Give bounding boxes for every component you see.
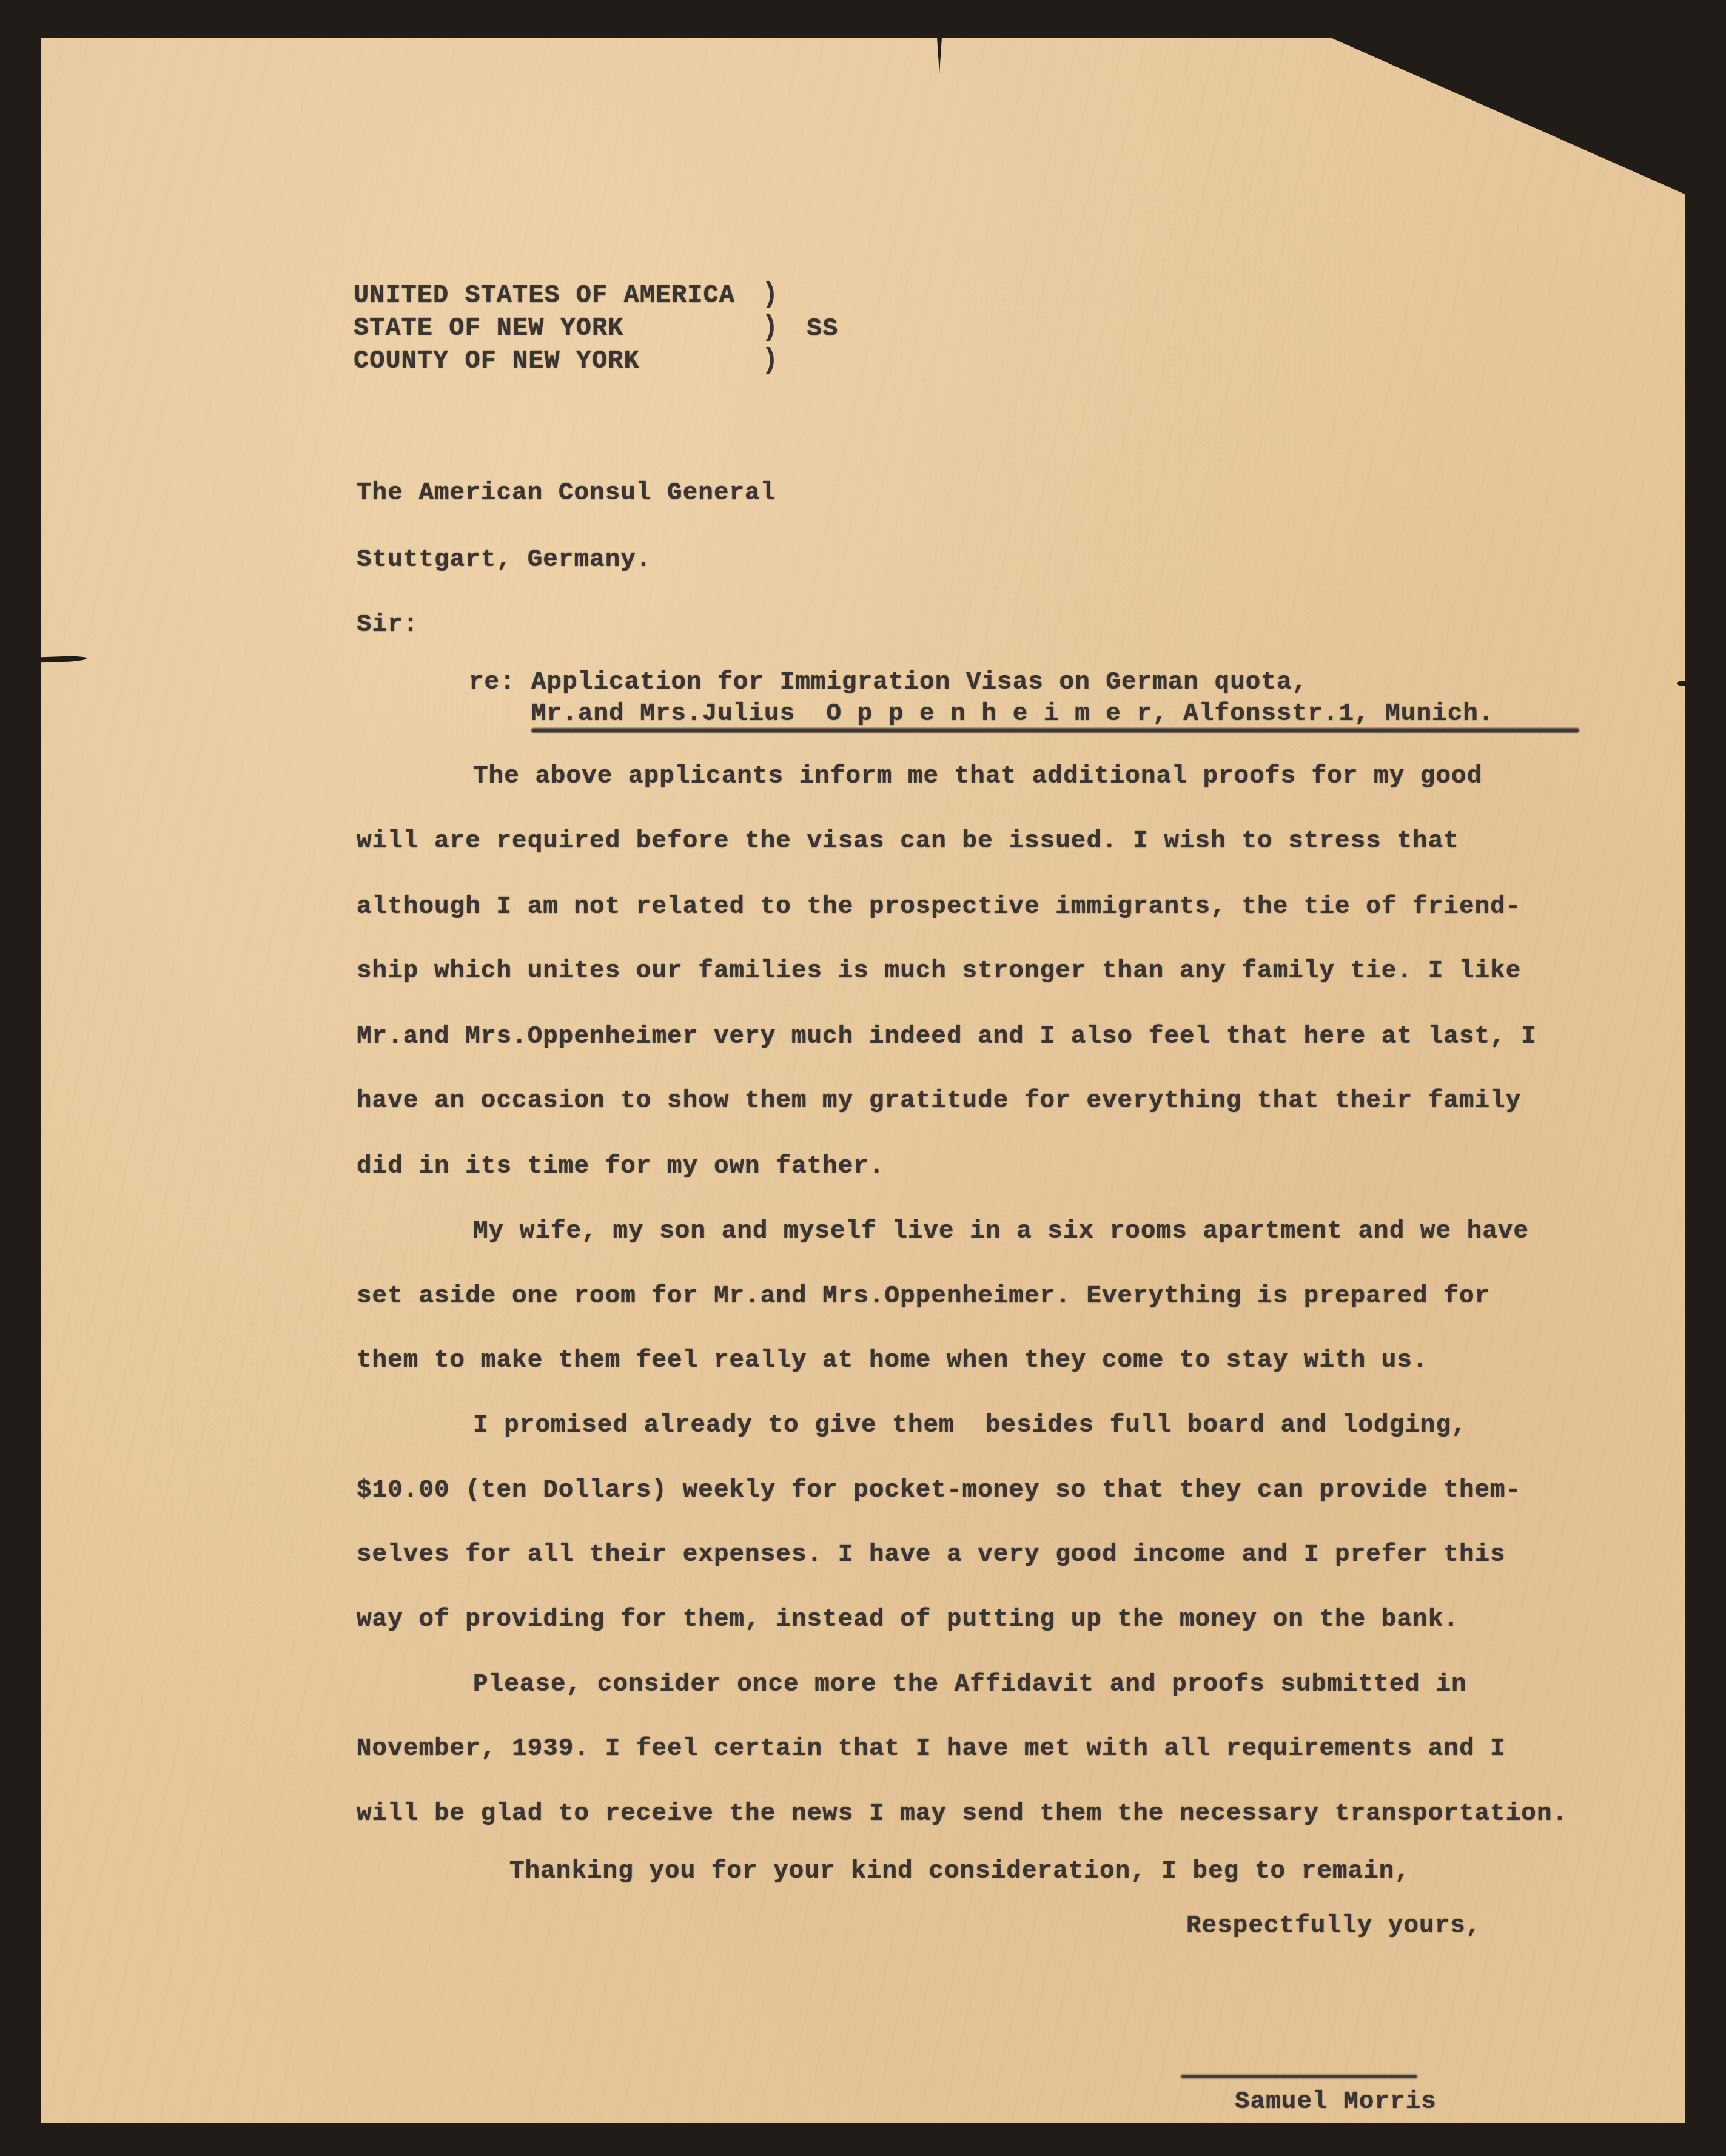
edge-tear-right: [1677, 681, 1686, 686]
body-line: have an occasion to show them my gratitu…: [357, 1087, 1521, 1115]
body-line: will be glad to receive the news I may s…: [357, 1800, 1568, 1828]
body-line: Please, consider once more the Affidavit…: [473, 1671, 1467, 1699]
body-line: My wife, my son and myself live in a six…: [473, 1218, 1529, 1245]
ss-notation: SS: [807, 314, 838, 344]
venue-line-state: STATE OF NEW YORK: [354, 313, 623, 343]
closing: Respectfully yours,: [1186, 1912, 1481, 1940]
signer-address: 200 West 86 Street: [1200, 2120, 1479, 2148]
body-line: $10.00 (ten Dollars) weekly for pocket-m…: [357, 1477, 1521, 1504]
addressee-title: The American Consul General: [357, 479, 776, 507]
body-line: did in its time for my own father.: [357, 1153, 885, 1181]
body-line: although I am not related to the prospec…: [357, 893, 1521, 921]
body-line: Thanking you for your kind consideration…: [509, 1858, 1410, 1885]
reference-subject: Application for Immigration Visas on Ger…: [531, 669, 1308, 696]
venue-line-country: UNITED STATES OF AMERICA: [354, 280, 735, 311]
letter-page: UNITED STATES OF AMERICA STATE OF NEW YO…: [41, 38, 1685, 2123]
reference-underline: [531, 728, 1579, 733]
body-line: selves for all their expenses. I have a …: [357, 1541, 1506, 1569]
body-line: set aside one room for Mr.and Mrs.Oppenh…: [357, 1282, 1490, 1310]
salutation: Sir:: [357, 611, 418, 639]
brace-mark: ): [762, 312, 779, 343]
body-line: I promised already to give them besides …: [473, 1412, 1467, 1440]
body-line: way of providing for them, instead of pu…: [357, 1606, 1459, 1634]
body-line: will are required before the visas can b…: [357, 827, 1459, 855]
body-line: Mr.and Mrs.Oppenheimer very much indeed …: [357, 1023, 1537, 1051]
body-line: The above applicants inform me that addi…: [473, 763, 1482, 790]
reference-label: re:: [469, 669, 515, 696]
body-line: them to make them feel really at home wh…: [357, 1347, 1428, 1375]
body-line: November, 1939. I feel certain that I ha…: [357, 1735, 1506, 1763]
body-line: ship which unites our families is much s…: [357, 957, 1521, 985]
signature-line: [1181, 2075, 1417, 2078]
addressee-location: Stuttgart, Germany.: [357, 546, 651, 574]
brace-mark: ): [762, 279, 779, 311]
reference-applicants: Mr.and Mrs.Julius O p p e n h e i m e r,…: [531, 700, 1494, 728]
brace-mark: ): [762, 345, 779, 376]
edge-tear-left: [41, 656, 87, 663]
venue-line-county: COUNTY OF NEW YORK: [354, 346, 640, 376]
signer-name: Samuel Morris: [1235, 2088, 1437, 2116]
